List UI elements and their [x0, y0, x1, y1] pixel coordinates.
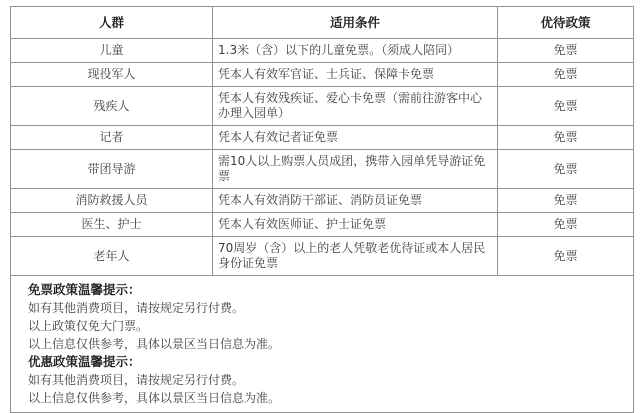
condition-cell: 需10人以上购票人员成团，携带入园单凭导游证免票 [213, 150, 498, 189]
group-cell: 消防救援人员 [11, 189, 213, 213]
condition-cell: 凭本人有效军官证、士兵证、保障卡免票 [213, 63, 498, 87]
notes-cell: 免票政策温馨提示：如有其他消费项目，请按规定另行付费。以上政策仅免大门票。以上信… [11, 276, 634, 413]
group-cell: 记者 [11, 126, 213, 150]
condition-cell: 凭本人有效医师证、护士证免票 [213, 213, 498, 237]
table-row: 记者凭本人有效记者证免票免票 [11, 126, 634, 150]
note-line: 以上信息仅供参考，具体以景区当日信息为准。 [28, 335, 627, 353]
group-cell: 残疾人 [11, 87, 213, 126]
note-section: 优惠政策温馨提示：如有其他消费项目，请按规定另行付费。以上信息仅供参考，具体以景… [28, 353, 627, 407]
policy-cell: 免票 [498, 189, 634, 213]
policy-table-body: 儿童1.3米（含）以下的儿童免票。（须成人陪同）免票现役军人凭本人有效军官证、士… [11, 39, 634, 276]
condition-cell: 1.3米（含）以下的儿童免票。（须成人陪同） [213, 39, 498, 63]
note-section: 免票政策温馨提示：如有其他消费项目，请按规定另行付费。以上政策仅免大门票。以上信… [28, 281, 627, 353]
header-row: 人群 适用条件 优待政策 [11, 7, 634, 39]
header-condition: 适用条件 [213, 7, 498, 39]
condition-cell: 70周岁（含）以上的老人凭敬老优待证或本人居民身份证免票 [213, 237, 498, 276]
note-line: 以上信息仅供参考，具体以景区当日信息为准。 [28, 389, 627, 407]
ticket-policy-table: 人群 适用条件 优待政策 儿童1.3米（含）以下的儿童免票。（须成人陪同）免票现… [10, 6, 634, 413]
table-row: 医生、护士凭本人有效医师证、护士证免票免票 [11, 213, 634, 237]
table-row: 带团导游需10人以上购票人员成团，携带入园单凭导游证免票免票 [11, 150, 634, 189]
policy-cell: 免票 [498, 237, 634, 276]
table-row: 老年人70周岁（含）以上的老人凭敬老优待证或本人居民身份证免票免票 [11, 237, 634, 276]
note-line: 如有其他消费项目，请按规定另行付费。 [28, 299, 627, 317]
group-cell: 现役军人 [11, 63, 213, 87]
notes-row: 免票政策温馨提示：如有其他消费项目，请按规定另行付费。以上政策仅免大门票。以上信… [11, 276, 634, 413]
table-header: 人群 适用条件 优待政策 [11, 7, 634, 39]
condition-cell: 凭本人有效残疾证、爱心卡免票（需前往游客中心办理入园单） [213, 87, 498, 126]
group-cell: 老年人 [11, 237, 213, 276]
policy-cell: 免票 [498, 126, 634, 150]
note-section-title: 优惠政策温馨提示： [28, 353, 627, 371]
table-row: 现役军人凭本人有效军官证、士兵证、保障卡免票免票 [11, 63, 634, 87]
condition-cell: 凭本人有效记者证免票 [213, 126, 498, 150]
note-line: 以上政策仅免大门票。 [28, 317, 627, 335]
policy-cell: 免票 [498, 87, 634, 126]
condition-cell: 凭本人有效消防干部证、消防员证免票 [213, 189, 498, 213]
table-row: 儿童1.3米（含）以下的儿童免票。（须成人陪同）免票 [11, 39, 634, 63]
policy-cell: 免票 [498, 63, 634, 87]
note-section-title: 免票政策温馨提示： [28, 281, 627, 299]
header-group: 人群 [11, 7, 213, 39]
note-line: 如有其他消费项目，请按规定另行付费。 [28, 371, 627, 389]
policy-page: 人群 适用条件 优待政策 儿童1.3米（含）以下的儿童免票。（须成人陪同）免票现… [0, 0, 640, 390]
group-cell: 医生、护士 [11, 213, 213, 237]
group-cell: 儿童 [11, 39, 213, 63]
header-policy: 优待政策 [498, 7, 634, 39]
table-row: 消防救援人员凭本人有效消防干部证、消防员证免票免票 [11, 189, 634, 213]
policy-cell: 免票 [498, 213, 634, 237]
table-row: 残疾人凭本人有效残疾证、爱心卡免票（需前往游客中心办理入园单）免票 [11, 87, 634, 126]
group-cell: 带团导游 [11, 150, 213, 189]
policy-cell: 免票 [498, 150, 634, 189]
policy-cell: 免票 [498, 39, 634, 63]
notes-body: 免票政策温馨提示：如有其他消费项目，请按规定另行付费。以上政策仅免大门票。以上信… [11, 276, 634, 413]
